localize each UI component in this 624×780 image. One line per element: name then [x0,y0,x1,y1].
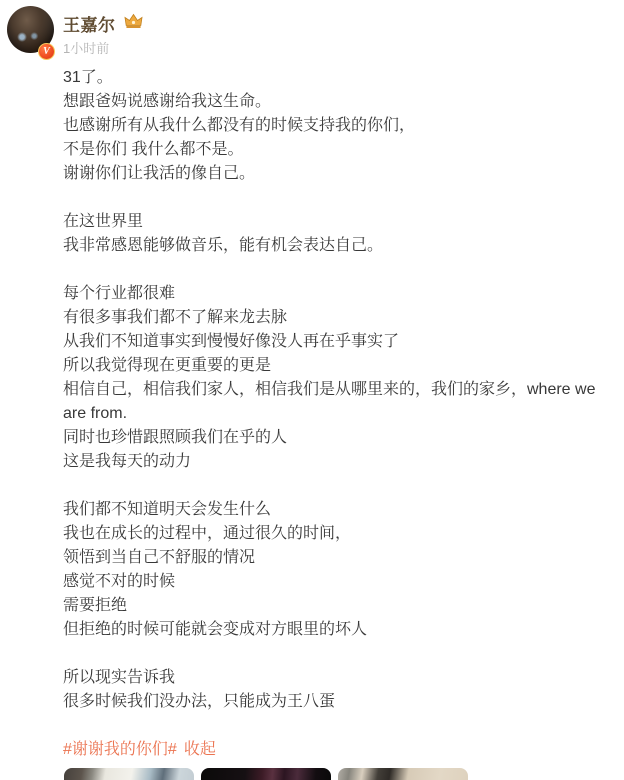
collapse-link[interactable]: 收起 [184,741,216,758]
avatar[interactable]: V [7,6,54,53]
hashtag-link[interactable]: #谢谢我的你们# [63,741,177,758]
tag-row: #谢谢我的你们#收起 [63,738,216,762]
post-text: 31了。 想跟爸妈说感谢给我这生命。 也感谢所有从我什么都没有的时候支持我的你们… [63,66,608,714]
vip-crown-icon [124,13,143,34]
timestamp: 1小时前 [63,38,109,57]
verified-badge-icon: V [38,43,55,60]
weibo-post-page: V 王嘉尔 1小时前 31了。 想跟爸妈说感谢给我这生命。 也感谢所有从我什么都… [0,0,624,780]
post-image-grid [64,768,468,780]
post-image-1[interactable] [64,768,194,780]
post-image-3[interactable] [338,768,468,780]
post-image-2[interactable] [201,768,331,780]
user-header: 王嘉尔 [63,12,143,34]
username[interactable]: 王嘉尔 [63,11,116,36]
